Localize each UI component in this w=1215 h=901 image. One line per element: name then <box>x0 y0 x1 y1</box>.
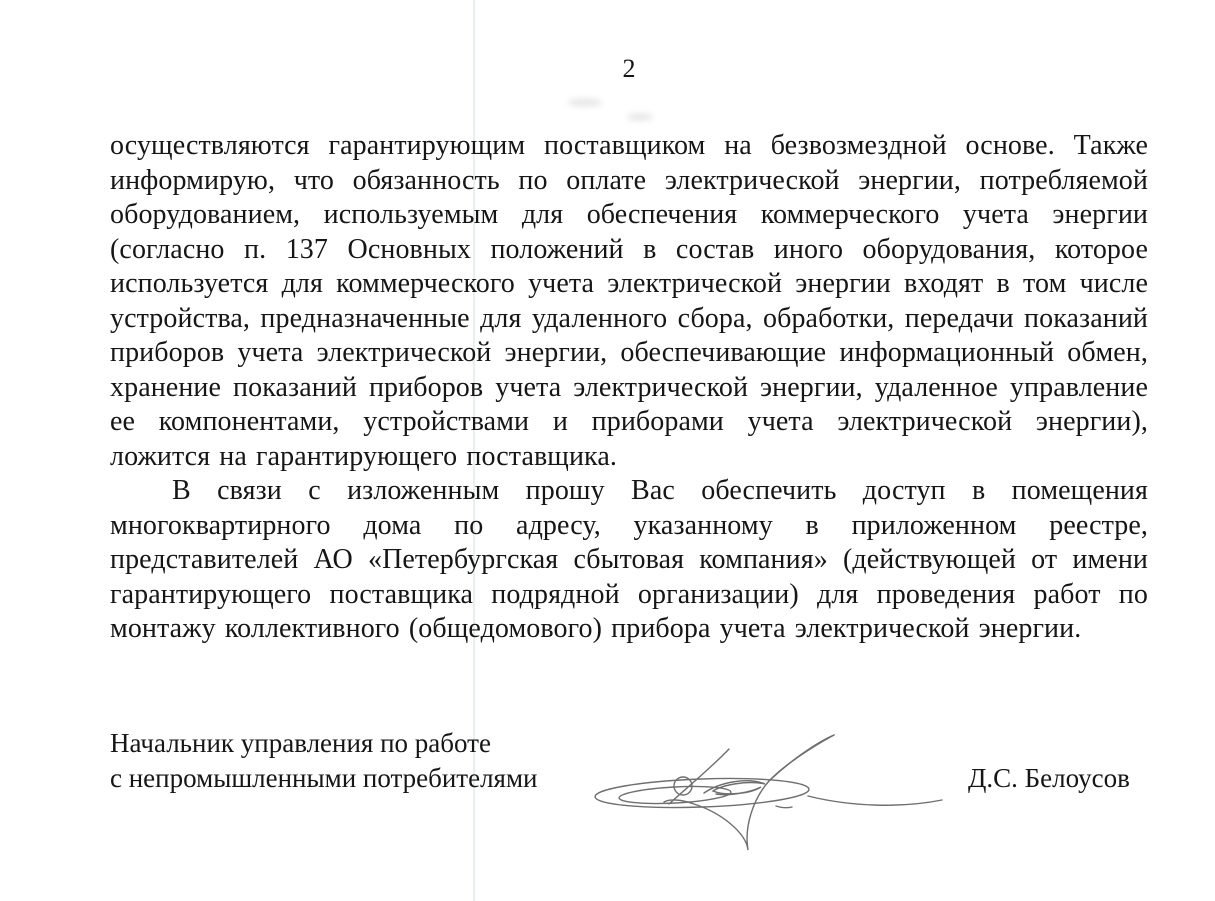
signer-title-line-1: Начальник управления по работе <box>110 726 538 761</box>
document-page: 2 осуществляются гарантирующим поставщик… <box>0 0 1215 901</box>
handwritten-signature-icon <box>572 697 952 872</box>
page-number: 2 <box>110 54 1148 84</box>
scan-smudge <box>627 113 653 121</box>
scan-smudge <box>568 98 602 107</box>
signer-title: Начальник управления по работе с непромы… <box>110 726 538 796</box>
letter-body: осуществляются гарантирующим поставщиком… <box>110 129 1148 647</box>
body-paragraph-2: В связи с изложенным прошу Вас обеспечит… <box>110 474 1148 647</box>
signer-title-line-2: с непромышленными потребителями <box>110 761 538 796</box>
body-paragraph-1: осуществляются гарантирующим поставщиком… <box>110 129 1148 474</box>
signer-name: Д.С. Белоусов <box>968 763 1130 794</box>
